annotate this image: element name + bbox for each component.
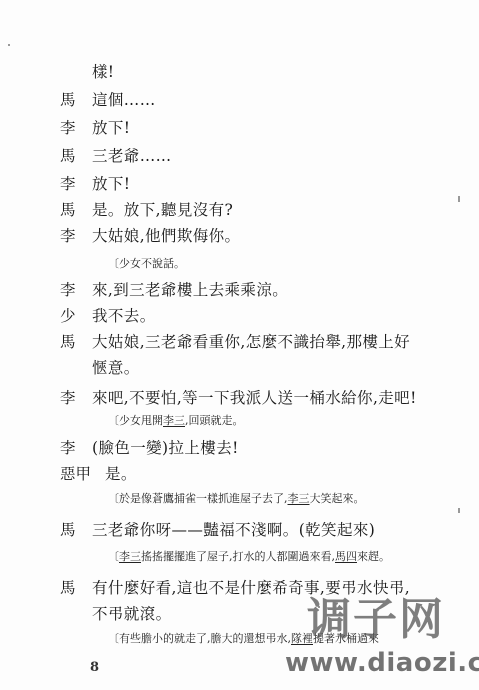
watermark-logo: 调子网 [307, 596, 445, 644]
speaker-label: 李 [60, 118, 76, 138]
stage-direction: 〔李三搖搖擺擺進了屋子,打水的人都圍過來看,馬四來趕。 [108, 550, 390, 564]
page-number: 8 [90, 660, 99, 675]
dialogue-text-continued: 愜意。 [92, 358, 140, 378]
speaker-label: 馬 [60, 520, 76, 540]
dialogue-text: 這個…… [92, 90, 156, 110]
speaker-label: 李 [60, 174, 76, 194]
scan-speck [458, 196, 460, 202]
dialogue-text: 是。 [105, 464, 137, 484]
stage-direction: 〔少女甩開李三,回頭就走。 [108, 414, 244, 428]
dialogue-text-continued: 不弔就滾。 [92, 604, 172, 624]
stage-direction: 〔於是像蒼鷹捕雀一樣抓進屋子去了,李三大笑起來。 [108, 492, 365, 506]
dialogue-text: 放下! [92, 174, 130, 194]
speaker-label: 馬 [60, 200, 76, 220]
direction-text: 〔於是像蒼鷹捕雀一樣抓進屋子去了, [108, 492, 288, 505]
speaker-label: 李 [60, 438, 76, 458]
watermark-url: www.diaozi.com [285, 648, 479, 678]
speaker-label: 李 [60, 226, 76, 246]
dialogue-text: 大姑娘,三老爺看重你,怎麼不識抬舉,那樓上好 [92, 332, 410, 352]
dialogue-text: 放下! [92, 118, 130, 138]
speaker-label: 少 [60, 306, 76, 326]
scan-speck [458, 508, 460, 513]
speaker-label: 馬 [60, 578, 76, 598]
scanned-book-page: 樣! 馬 這個…… 李 放下! 馬 三老爺…… 李 放下! 馬 是。放下,聽見沒… [0, 0, 479, 690]
direction-text: 搖搖擺擺進了屋子,打水的人都圍過來看, [141, 550, 335, 563]
speaker-label: 馬 [60, 332, 76, 352]
speaker-label: 馬 [60, 146, 76, 166]
speaker-label: 李 [60, 280, 76, 300]
continuation-text: 樣! [92, 62, 114, 82]
character-name: 馬四 [335, 550, 357, 563]
dialogue-text: 來吧,不要怕,等一下我派人送一桶水給你,走吧! [92, 388, 417, 408]
dialogue-text: 三老爺…… [92, 146, 172, 166]
direction-text: ,回頭就走。 [185, 414, 244, 427]
dialogue-text: (臉色一變)拉上樓去! [92, 438, 239, 458]
speaker-label: 馬 [60, 90, 76, 110]
speaker-label: 李 [60, 388, 76, 408]
character-name: 李三 [288, 492, 310, 505]
scan-speck [8, 44, 10, 46]
speaker-label: 惡甲 [60, 464, 91, 484]
dialogue-text: 大姑娘,他們欺侮你。 [92, 226, 240, 246]
dialogue-text: 我不去。 [92, 306, 156, 326]
stage-direction: 〔少女不說話。 [108, 257, 185, 271]
character-name: 李三 [163, 414, 185, 427]
direction-text: 〔有些膽小的就走了,膽大的還想弔水, [108, 632, 291, 645]
direction-text: 大笑起來。 [310, 492, 365, 505]
direction-text: 〔 [108, 550, 119, 563]
dialogue-text: 是。放下,聽見沒有? [92, 200, 233, 220]
character-name: 李三 [119, 550, 141, 563]
direction-text: 〔少女甩開 [108, 414, 163, 427]
dialogue-text: 三老爺你呀——豔福不淺啊。(乾笑起來) [92, 520, 375, 540]
direction-text: 來趕。 [357, 550, 390, 563]
dialogue-text: 來,到三老爺樓上去乘乘涼。 [92, 280, 288, 300]
